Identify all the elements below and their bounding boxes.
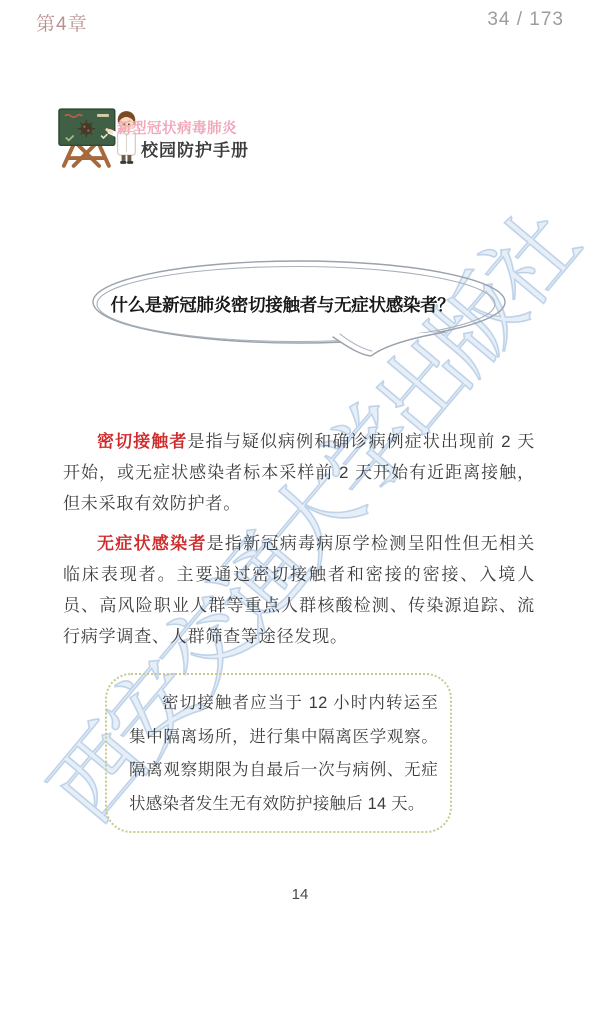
paragraph-close-contact: 密切接触者是指与疑似病例和确诊病例症状出现前 2 天开始，或无症状感染者标本采样… bbox=[63, 426, 535, 519]
logo-title: 新型冠状病毒肺炎 bbox=[117, 117, 237, 138]
document-page: 西安交通大学出版社 第4章 34 / 173 bbox=[0, 0, 600, 1016]
paragraph-asymptomatic: 无症状感染者是指新冠病毒病原学检测呈阳性但无相关临床表现者。主要通过密切接触者和… bbox=[63, 528, 535, 652]
body-text: 密切接触者是指与疑似病例和确诊病例症状出现前 2 天开始，或无症状感染者标本采样… bbox=[63, 426, 535, 661]
page-number: 14 bbox=[0, 886, 600, 903]
logo-subtitle: 校园防护手册 bbox=[141, 136, 249, 161]
chapter-label: 第4章 bbox=[36, 9, 88, 36]
page-indicator: 34 / 173 bbox=[487, 9, 564, 31]
callout-text: 密切接触者应当于 12 小时内转运至集中隔离场所，进行集中隔离医学观察。隔离观察… bbox=[129, 687, 438, 821]
term-close-contact: 密切接触者 bbox=[97, 432, 188, 451]
term-asymptomatic: 无症状感染者 bbox=[97, 534, 207, 553]
callout-box: 密切接触者应当于 12 小时内转运至集中隔离场所，进行集中隔离医学观察。隔离观察… bbox=[105, 673, 452, 833]
question-title: 什么是新冠肺炎密切接触者与无症状感染者？ bbox=[100, 292, 465, 317]
